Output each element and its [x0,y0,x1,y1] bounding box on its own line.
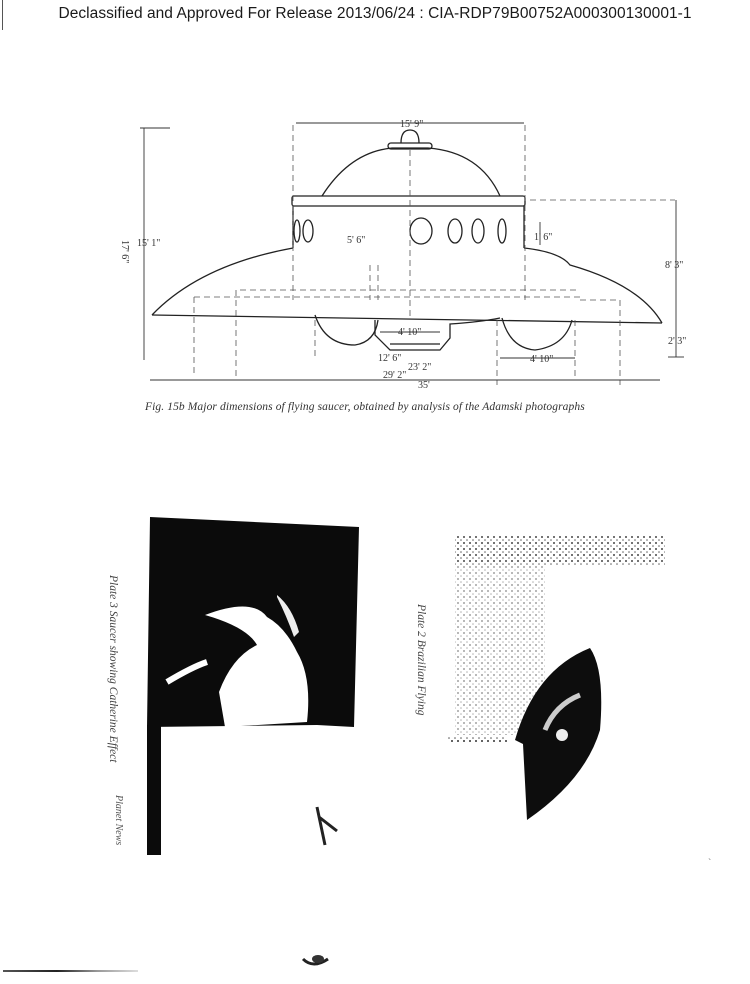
figure-caption: Fig. 15b Major dimensions of flying sauc… [145,401,685,413]
dim-total-height-inner: 15' 1" [137,238,160,249]
plate-3-label: Plate 3 Saucer showing Catherine Effect [107,575,119,762]
dim-sphere-diameter: 4' 10" [530,354,553,365]
dim-lower-height: 2' 3" [668,336,686,347]
dim-flange-height: 8' 3" [665,260,683,271]
dim-base-diameter: 12' 6" [378,353,401,364]
plate-2-label: Plate 2 Brazilian Flying [415,604,427,715]
plate-3-photo [147,517,359,857]
dim-top-diameter: 15' 9" [400,119,423,130]
dim-rim-height: 1' 6" [534,232,552,243]
arrow-marker [317,807,337,845]
scan-speck: ` [708,858,711,869]
plate-2-photo [445,530,670,820]
page-mark-icon [298,945,348,975]
plate-3-credit: Planet News [113,795,124,845]
dim-overall-span: 35' [418,380,430,391]
scan-artifact-bar [3,970,138,972]
dim-porthole-height: 5' 6" [347,235,365,246]
dim-inner-span: 23' 2" [408,362,431,373]
dim-bottom-width: 4' 10" [398,327,421,338]
dim-mid-span: 29' 2" [383,370,406,381]
saucer-dimension-diagram: 15' 9" 17' 6" 15' 1" 5' 6" 1' 6" 8' 3" 2… [0,100,750,400]
dim-total-height-outer: 17' 6" [119,240,130,263]
declassification-stamp: Declassified and Approved For Release 20… [0,5,750,23]
dome-outline [322,148,500,196]
